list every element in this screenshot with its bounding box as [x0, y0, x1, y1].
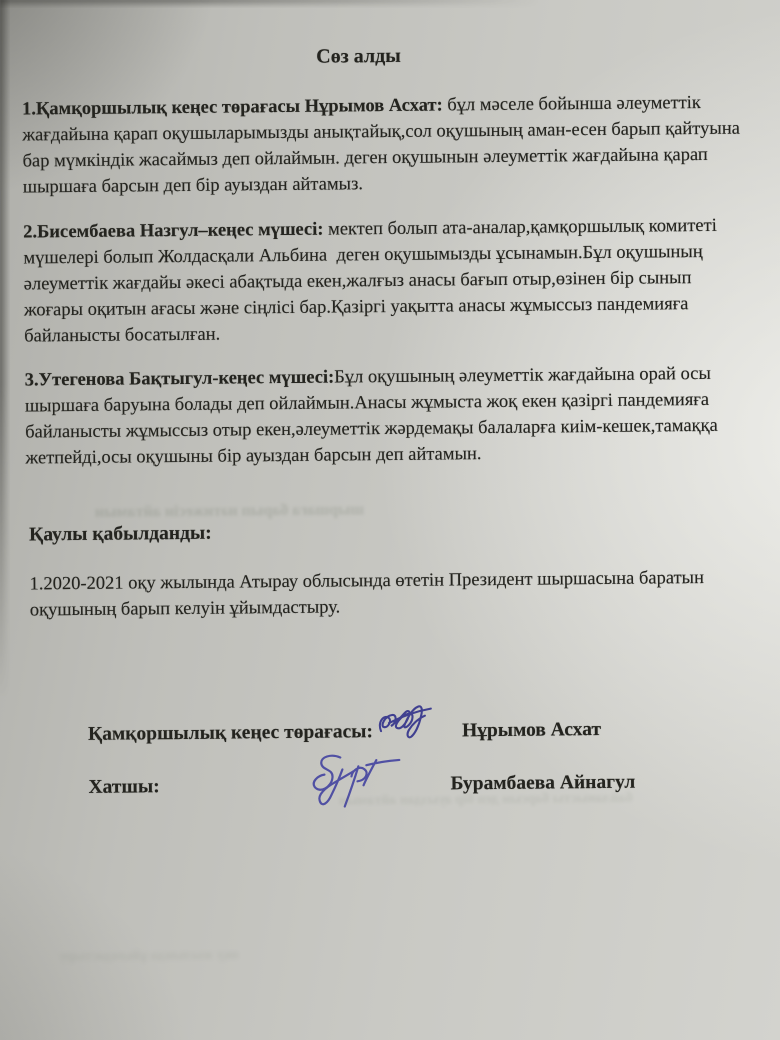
paragraph-1-line-4: шыршаға барсын деп бір ауыздан айтамыз.	[23, 168, 741, 201]
bleedthrough-text-3: оқу жылында ұйымдастыру	[59, 947, 238, 965]
bleedthrough-text-1: шыршаға барып нәтижесін айтамын	[95, 501, 364, 522]
paragraph-3: 3.Утегенова Бақтыгул-кеңес мүшесі:Бұл оқ…	[25, 361, 719, 472]
paragraph-2-line-1-text: мектеп болып ата-аналар,қамқоршылық коми…	[323, 216, 717, 240]
paragraph-1: 1.Қамқоршылық кеңес төрағасы Нұрымов Асх…	[22, 90, 741, 201]
resolution-heading: Қаулы қабылданды:	[29, 521, 212, 549]
paragraph-2: 2.Бисембаева Назгул–кеңес мүшесі: мектеп…	[23, 213, 718, 350]
chairman-signature-label: Қамқоршылық кеңес төрағасы:	[88, 719, 373, 748]
paper-sheet: Сөз алды 1.Қамқоршылық кеңес төрағасы Нұ…	[0, 0, 780, 1040]
paragraph-3-line-4: жетпейді,осы оқушыны бір ауыздан барсын …	[25, 439, 718, 472]
document-photo: Сөз алды 1.Қамқоршылық кеңес төрағасы Нұ…	[0, 0, 780, 1040]
paragraph-1-line-1-text: бұл мәселе бойынша әлеуметтік	[443, 93, 701, 115]
decision-line-2: оқушының барып келуін ұйымдастыру.	[30, 591, 705, 623]
speaker-2-name: 2.Бисембаева Назгул–кеңес мүшесі:	[23, 220, 323, 243]
paragraph-3-line-1-text: Бұл оқушының әлеуметтік жағдайына орай о…	[334, 364, 711, 388]
decision-item: 1.2020-2021 оқу жылында Атырау облысында…	[29, 565, 704, 623]
paragraph-2-line-5: байланысты босатылған.	[24, 317, 718, 350]
speaker-3-name: 3.Утегенова Бақтыгул-кеңес мүшесі:	[25, 368, 335, 391]
document-title: Сөз алды	[0, 41, 722, 72]
bleedthrough-text-2: байланысты барсын деп бір ауыздан айтамы…	[113, 791, 633, 812]
speaker-1-name: 1.Қамқоршылық кеңес төрағасы Нұрымов Асх…	[22, 95, 443, 119]
chairman-signature-ink	[376, 700, 434, 747]
chairman-name: Нұрымов Асхат	[462, 717, 601, 744]
